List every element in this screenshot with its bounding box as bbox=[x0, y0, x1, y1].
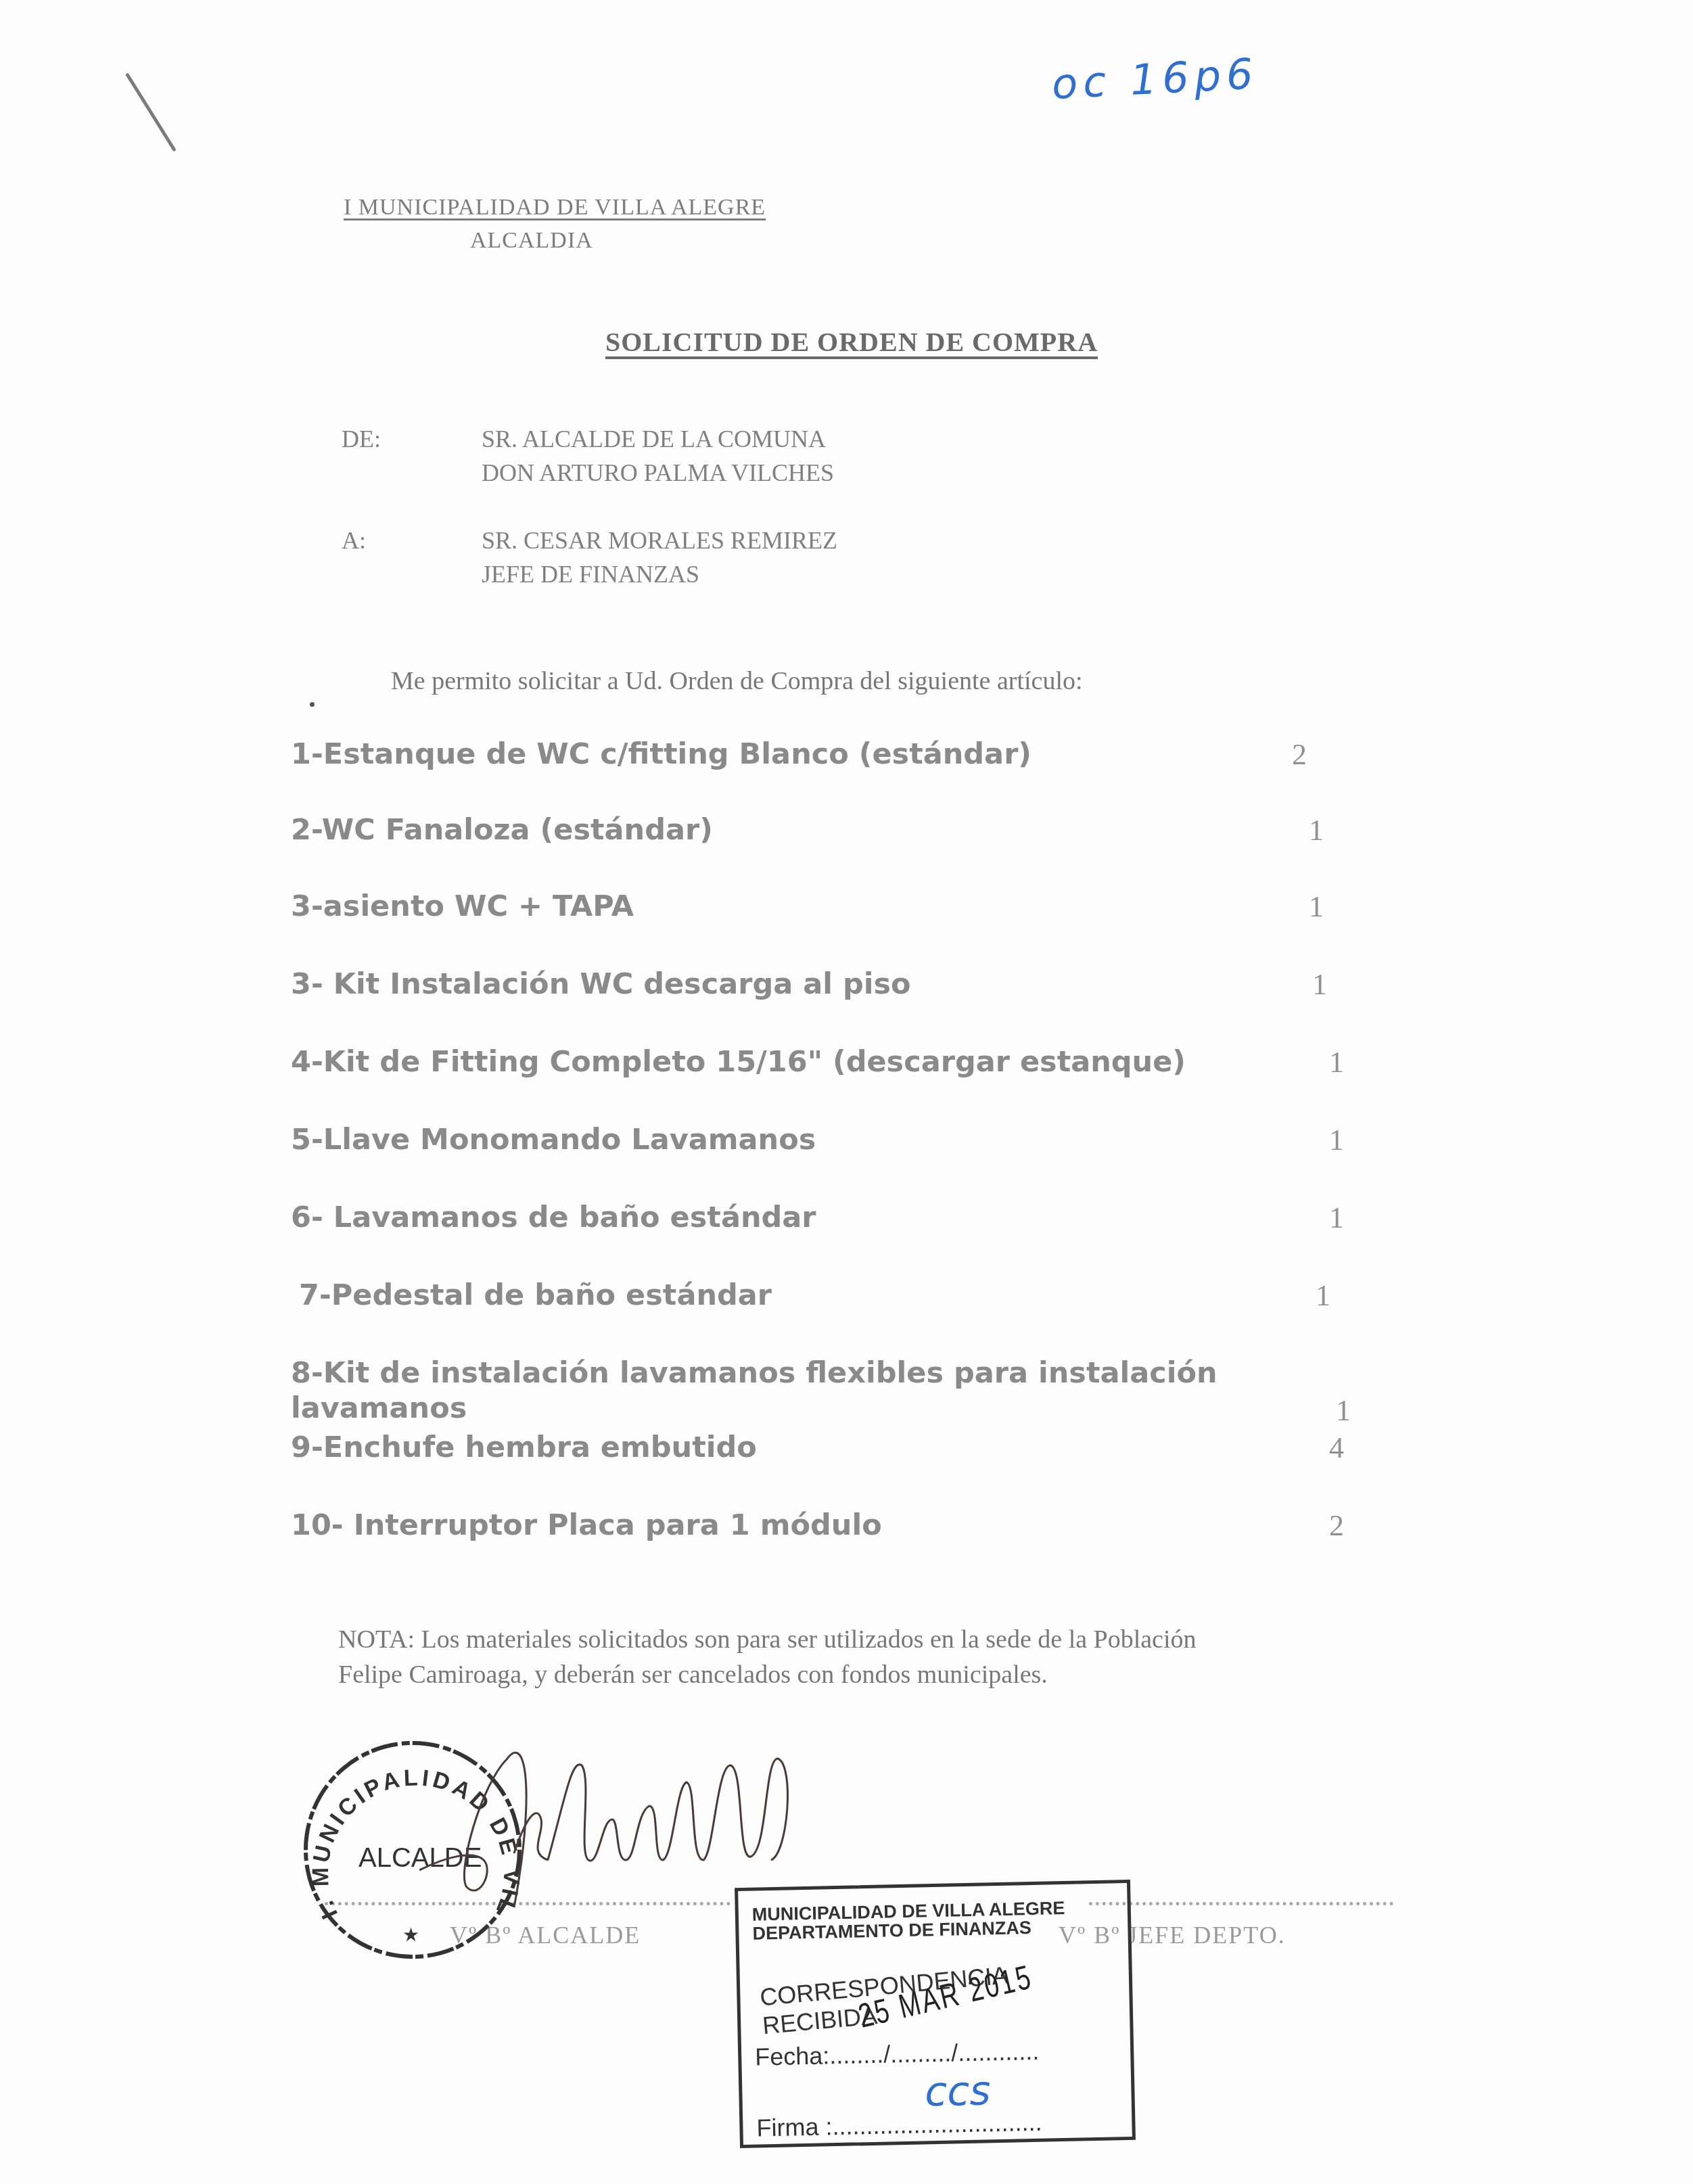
item-description: 6- Lavamanos de baño estándar bbox=[291, 1201, 816, 1234]
item-quantity: 1 bbox=[1329, 1123, 1344, 1157]
to-line-1: SR. CESAR MORALES REMIREZ bbox=[482, 524, 837, 557]
item-description: 7-Pedestal de baño estándar bbox=[299, 1278, 772, 1312]
to-line-2: JEFE DE FINANZAS bbox=[482, 557, 837, 591]
item-description: 5-Llave Monomando Lavamanos bbox=[291, 1123, 816, 1157]
item-quantity: 1 bbox=[1329, 1045, 1344, 1079]
item-description-continued: lavamanos bbox=[291, 1391, 467, 1425]
to-label: A: bbox=[342, 526, 366, 555]
from-label: DE: bbox=[342, 425, 381, 453]
handwritten-reference-note: oc 16p6 bbox=[1050, 49, 1259, 109]
item-description: 4-Kit de Fitting Completo 15/16" (descar… bbox=[291, 1045, 1186, 1079]
note-line-2: Felipe Camiroaga, y deberán ser cancelad… bbox=[338, 1657, 1420, 1692]
from-line-1: SR. ALCALDE DE LA COMUNA bbox=[482, 422, 834, 456]
department-name: ALCALDIA bbox=[470, 228, 593, 254]
intro-text: Me permito solicitar a Ud. Orden de Comp… bbox=[391, 666, 1083, 696]
item-description: 10- Interruptor Placa para 1 módulo bbox=[291, 1508, 882, 1542]
item-quantity: 1 bbox=[1312, 967, 1327, 1002]
item-quantity: 2 bbox=[1292, 737, 1307, 772]
received-stamp: MUNICIPALIDAD DE VILLA ALEGRE DEPARTAMEN… bbox=[735, 1880, 1136, 2148]
item-description: 2-WC Fanaloza (estándar) bbox=[291, 813, 713, 847]
note-paragraph: NOTA: Los materiales solicitados son par… bbox=[338, 1622, 1420, 1692]
item-quantity: 1 bbox=[1336, 1393, 1351, 1428]
staple-icon bbox=[125, 72, 177, 152]
to-block: SR. CESAR MORALES REMIREZ JEFE DE FINANZ… bbox=[482, 524, 837, 591]
dept-head-signature-line bbox=[1089, 1902, 1393, 1905]
organization-name: I MUNICIPALIDAD DE VILLA ALEGRE bbox=[344, 195, 766, 220]
item-description: 3- Kit Instalación WC descarga al piso bbox=[291, 967, 911, 1001]
stamp-fecha-field: Fecha:......../........./............ bbox=[755, 2037, 1040, 2072]
bullet-mark bbox=[310, 702, 315, 707]
svg-text:★: ★ bbox=[402, 1925, 419, 1946]
from-block: SR. ALCALDE DE LA COMUNA DON ARTURO PALM… bbox=[482, 422, 834, 490]
item-quantity: 1 bbox=[1329, 1201, 1344, 1235]
item-description: 3-asiento WC + TAPA bbox=[291, 889, 634, 923]
item-quantity: 1 bbox=[1309, 889, 1324, 924]
document-title: SOLICITUD DE ORDEN DE COMPRA bbox=[605, 326, 1098, 358]
item-description: 1-Estanque de WC c/fitting Blanco (están… bbox=[291, 737, 1031, 771]
item-quantity: 1 bbox=[1309, 813, 1324, 847]
item-description: 8-Kit de instalación lavamanos flexibles… bbox=[291, 1356, 1217, 1390]
stamp-initials: ccs bbox=[925, 2067, 992, 2116]
item-quantity: 4 bbox=[1329, 1431, 1344, 1465]
from-line-2: DON ARTURO PALMA VILCHES bbox=[482, 456, 834, 490]
note-line-1: NOTA: Los materiales solicitados son par… bbox=[338, 1622, 1420, 1657]
stamp-firma-field: Firma :............................... bbox=[756, 2108, 1042, 2143]
item-quantity: 1 bbox=[1316, 1278, 1330, 1313]
item-quantity: 2 bbox=[1329, 1508, 1344, 1543]
item-description: 9-Enchufe hembra embutido bbox=[291, 1431, 757, 1464]
